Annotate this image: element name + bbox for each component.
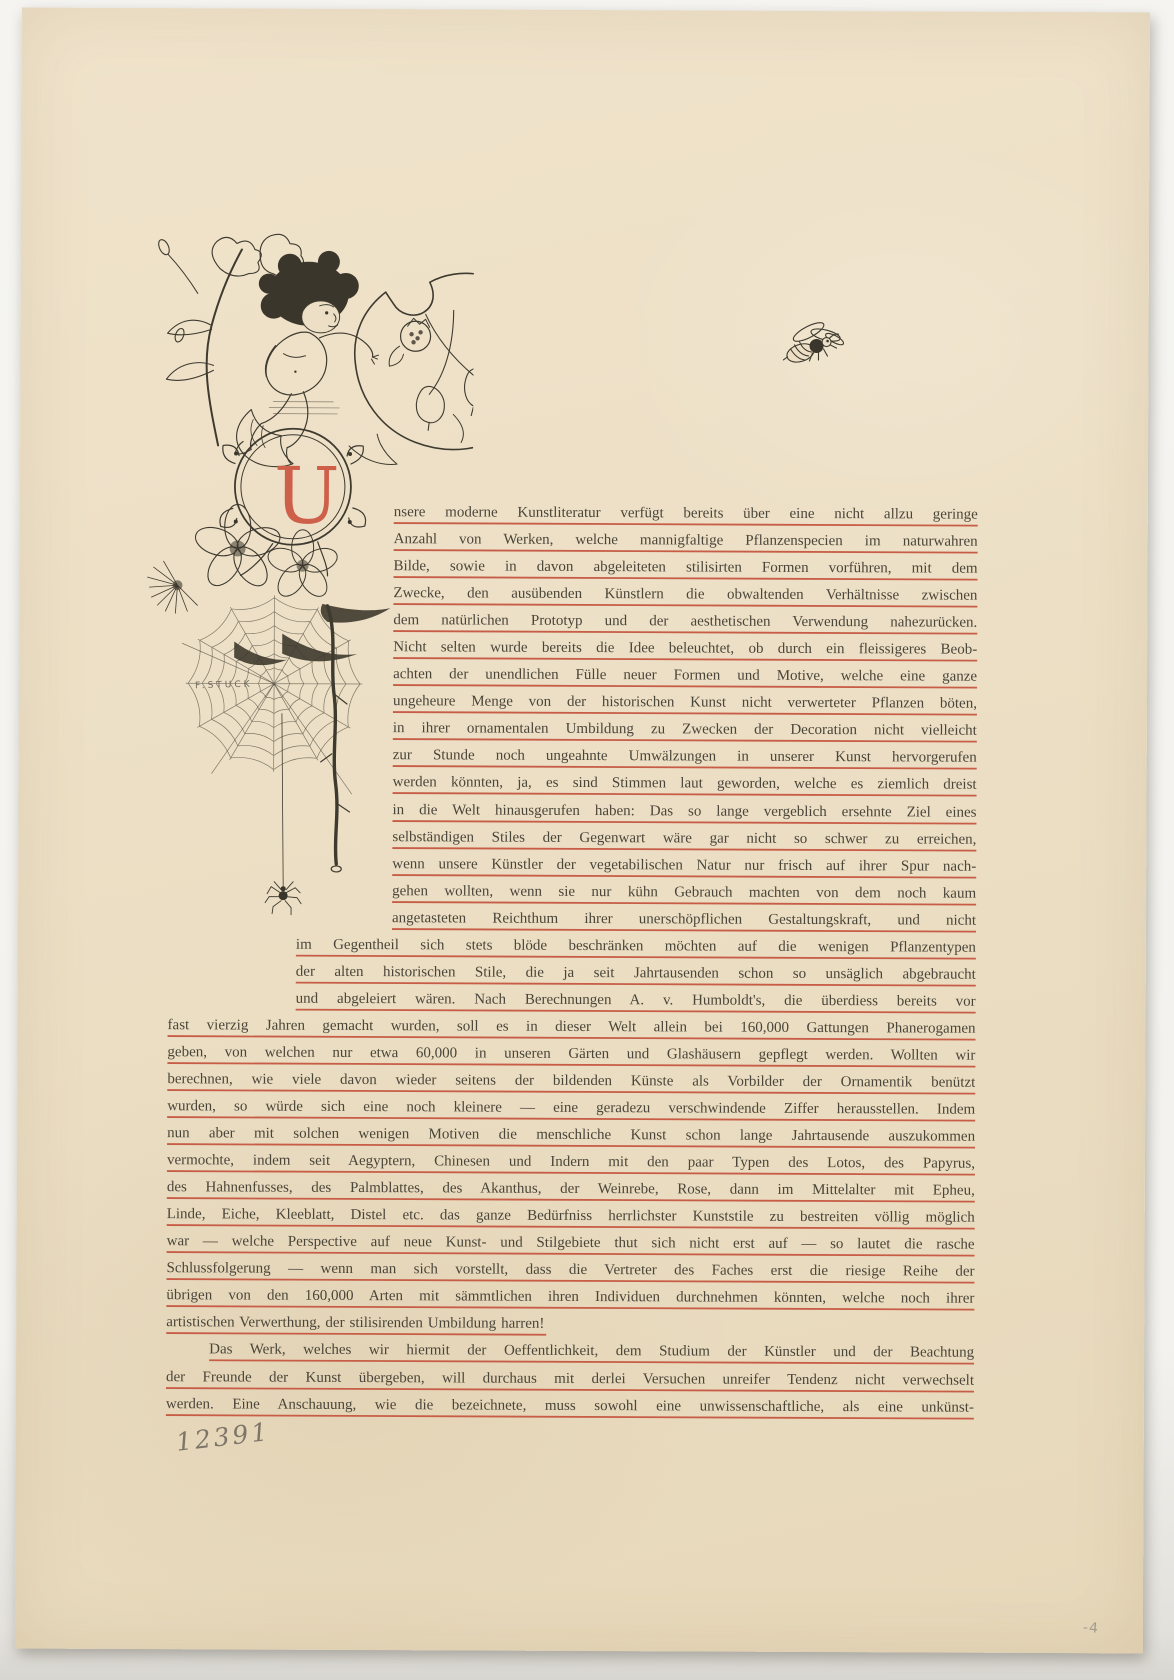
- text-line: werden könnten, ja, es sind Stimmen laut…: [393, 770, 977, 800]
- text-line: werden. Eine Anschauung, wie die bezeich…: [166, 1391, 974, 1422]
- text-line: Nicht selten wurde bereits die Idee bele…: [393, 634, 977, 664]
- page-paper: F.STUCK U nsere moderne Kunstliteratur v…: [15, 8, 1150, 1654]
- text-line: selbständigen Stiles der Gegenwart wäre …: [392, 824, 976, 854]
- text-line: in ihrer ornamentalen Umbildung zu Zweck…: [393, 716, 977, 746]
- text-line: ungeheure Menge von der historischen Kun…: [393, 688, 977, 718]
- text-line: Bilde, sowie in davon abgeleiteten stili…: [394, 553, 978, 583]
- body-text: nsere moderne Kunstliteratur verfügt ber…: [166, 498, 978, 1421]
- text-line: nsere moderne Kunstliteratur verfügt ber…: [394, 499, 978, 529]
- text-line: der alten historischen Stile, die ja sei…: [296, 959, 976, 989]
- text-line: geben, von welchen nur etwa 60,000 in un…: [167, 1039, 975, 1070]
- text-line: Das Werk, welches wir hiermit der Oeffen…: [209, 1337, 974, 1367]
- text-line: war — welche Perspective auf neue Kunst-…: [167, 1228, 975, 1259]
- text-line: dem natürlichen Prototyp und der aesthet…: [393, 607, 977, 637]
- text-line: nun aber mit solchen wenigen Motiven die…: [167, 1120, 975, 1151]
- handwritten-inventory-number: 12391: [174, 1417, 271, 1457]
- text-line: Zwecke, den ausübenden Künstlern die obw…: [393, 580, 977, 610]
- text-line: gehen wollten, wenn sie nur kühn Gebrauc…: [392, 878, 976, 908]
- text-line: der Freunde der Kunst übergeben, will du…: [166, 1364, 974, 1395]
- text-line: artistischen Verwerthung, der stilisiren…: [166, 1310, 546, 1339]
- text-line: des Hahnenfusses, des Palmblattes, des A…: [167, 1174, 975, 1205]
- text-line: achten der unendlichen Fülle neuer Forme…: [393, 661, 977, 691]
- text-line: zur Stunde noch ungeahnte Umwälzungen in…: [393, 743, 977, 773]
- text-line: Anzahl von Werken, welche mannigfaltige …: [394, 526, 978, 556]
- text-line: Linde, Eiche, Kleeblatt, Distel etc. das…: [167, 1201, 975, 1232]
- bee-icon: [778, 319, 863, 379]
- corner-page-mark: -4: [1082, 1620, 1099, 1637]
- text-line: wenn unsere Künstler der vegetabilischen…: [392, 851, 976, 881]
- text-line: berechnen, wie viele davon wieder seiten…: [167, 1066, 975, 1097]
- text-line: und abgeleiert wären. Nach Berechnungen …: [296, 986, 976, 1016]
- text-line: wurden, so würde sich eine noch kleinere…: [167, 1093, 975, 1124]
- text-line: angetasteten Reichthum ihrer unerschöpfl…: [392, 905, 976, 935]
- text-line: vermochte, indem seit Aegyptern, Chinese…: [167, 1147, 975, 1178]
- text-line: im Gegentheil sich stets blöde beschränk…: [296, 931, 976, 961]
- text-line: fast vierzig Jahren gemacht wurden, soll…: [168, 1012, 976, 1043]
- text-line: übrigen von den 160,000 Arten mit sämmtl…: [166, 1283, 974, 1314]
- text-line: Schlussfolgerung — wenn man sich vorstel…: [166, 1255, 974, 1286]
- text-line: in die Welt hinausgerufen haben: Das so …: [392, 797, 976, 827]
